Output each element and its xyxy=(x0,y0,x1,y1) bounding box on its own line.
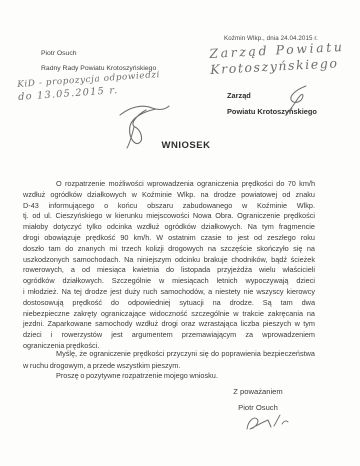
paragraph-2: Myślę, że ograniczenie prędkości przyczy… xyxy=(23,348,315,371)
paragraph-2-line: w ruchu drogowym, a przede wszystkim pie… xyxy=(23,360,315,372)
paragraph-1: O rozpatrzenie możliwości wprowadzenia o… xyxy=(23,179,315,352)
sender-name: Piotr Osuch xyxy=(41,50,77,57)
paragraph-1-line: drogi obowiązuje prędkość 90 km/h. W ost… xyxy=(23,233,315,244)
scanned-letter-page: Koźmin Wlkp., dnia 24.04.2015 r. Piotr O… xyxy=(0,0,360,466)
paragraph-1-line: O rozpatrzenie możliwości wprowadzenia o… xyxy=(23,179,315,190)
paragraph-1-line: miałoby dotyczyć tylko odcinka wzdłuż og… xyxy=(23,222,315,233)
paragraph-3: Proszę o pozytywne rozpatrzenie mojego w… xyxy=(23,371,315,382)
paragraph-1-line: D-43 informującego o końcu obszaru zabud… xyxy=(23,201,315,212)
paragraph-1-line: rowerowych, a od miesiąca kwietnia do li… xyxy=(23,265,315,276)
handwritten-addressee: Zarząd Powiatu Krotoszyńskiego xyxy=(209,39,346,78)
paragraph-1-line: uszkodzonych samochodach. Na niniejszym … xyxy=(23,255,315,266)
document-title: WNIOSEK xyxy=(0,140,360,151)
paragraph-2-line: Myślę, że ograniczenie prędkości przyczy… xyxy=(23,348,315,360)
paragraph-1-line: dzieci i rowerzystów jest argumentem prz… xyxy=(23,330,315,341)
recipient-name-line1: Zarząd xyxy=(227,91,251,100)
paragraph-1-line: niebezpieczne zakręty ograniczające wido… xyxy=(23,309,315,320)
paragraph-1-line: doszło tam do znanych mi trzech kolizji … xyxy=(23,244,315,255)
paragraph-1-line: dostosowują prędkość do odpowiedniej syt… xyxy=(23,298,315,309)
paragraph-1-line: wzdłuż ogródków działkowych w Koźminie W… xyxy=(23,190,315,201)
paragraph-1-line: i młodzież. Na tej drodze jest duży ruch… xyxy=(23,287,315,298)
paragraph-1-line: ogródków działkowych. Szczególnie w mies… xyxy=(23,276,315,287)
closing-signature-scribble xyxy=(243,412,291,434)
paragraph-1-line: tj. od ul. Cieszyńskiego w kierunku miej… xyxy=(23,211,315,222)
paragraph-1-line: jezdni. Zaparkowane samochody wzdłuż dro… xyxy=(23,319,315,330)
closing-signature-name: Piotr Osuch xyxy=(190,403,326,412)
valediction: Z poważaniem xyxy=(190,387,326,396)
recipient-name-line2: Powiatu Krotoszyńskiego xyxy=(227,107,317,116)
